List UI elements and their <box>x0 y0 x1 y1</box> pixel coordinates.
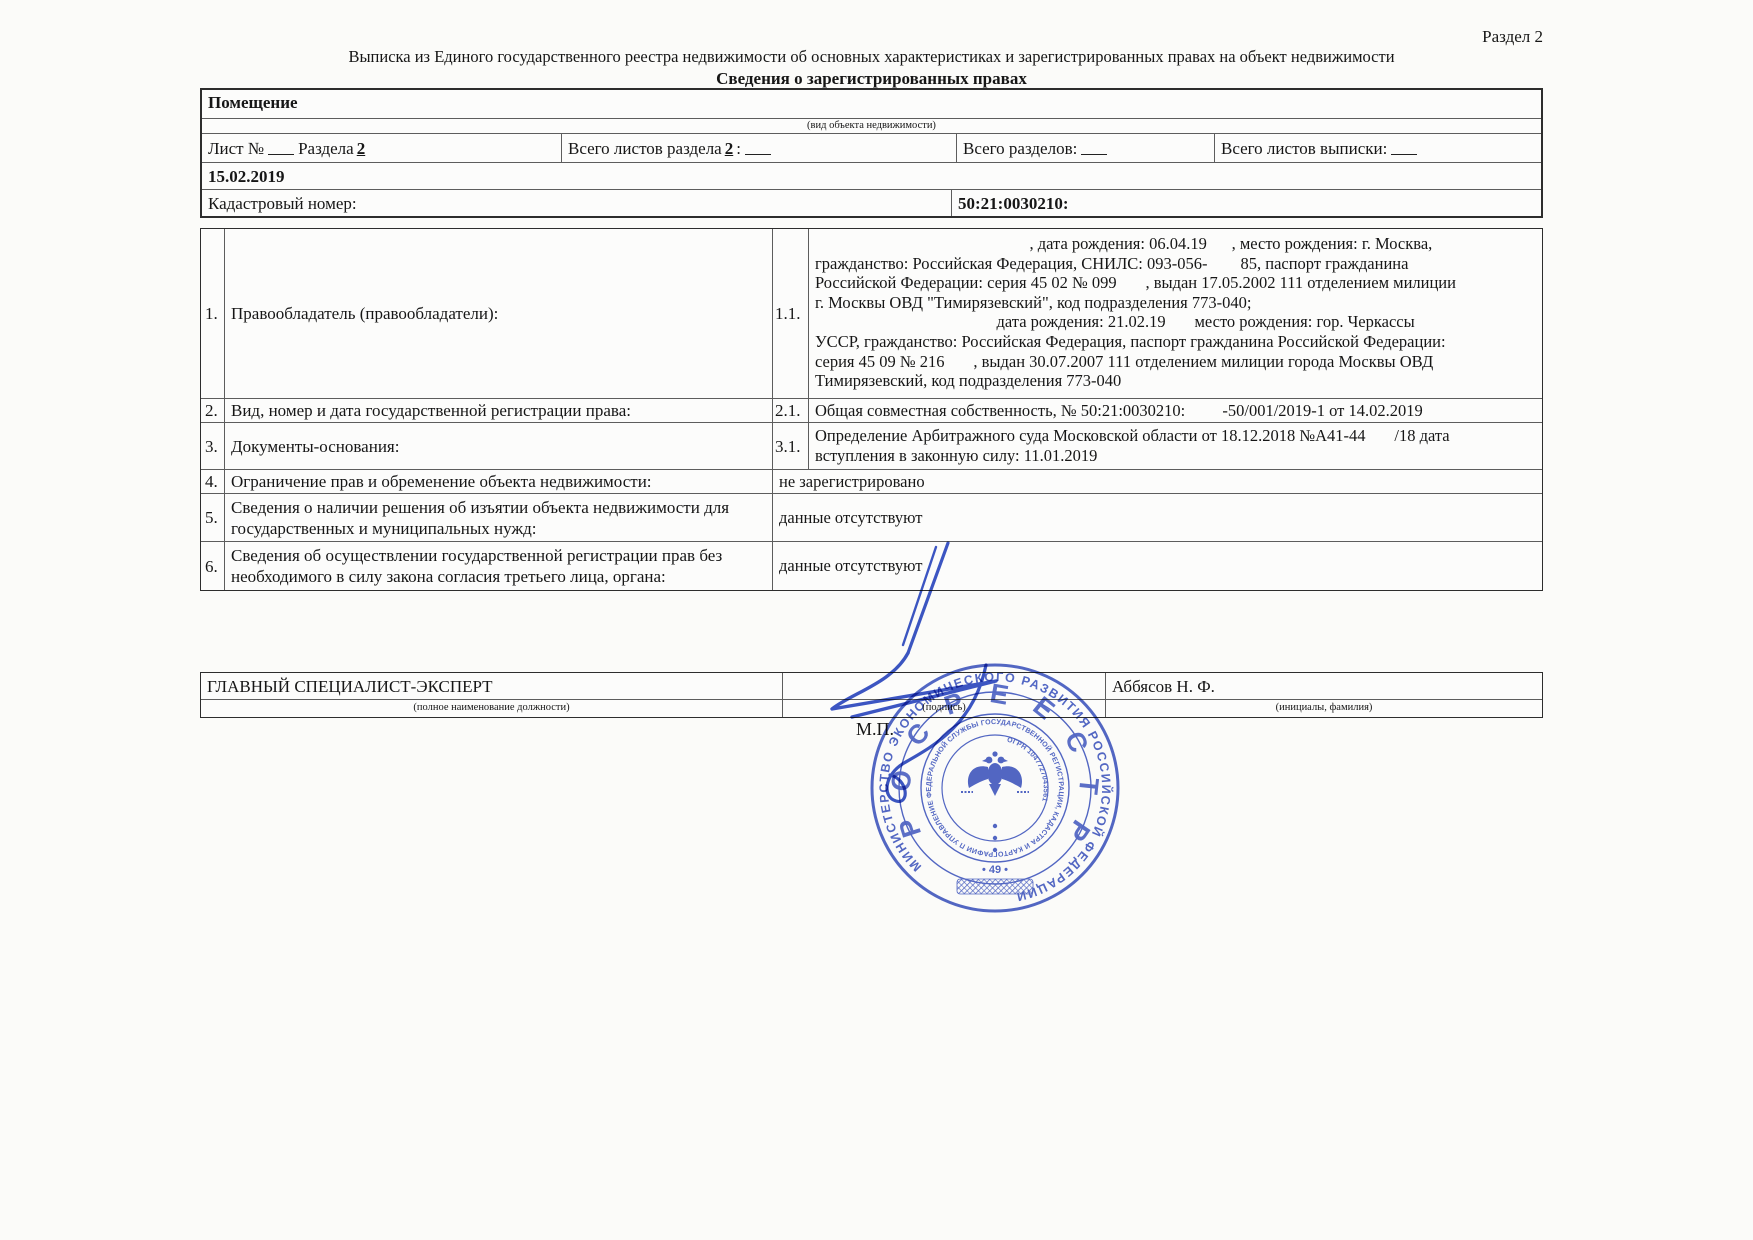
row-number: 2. <box>201 399 225 422</box>
eagle-emblem <box>961 751 1029 796</box>
section-sheets-label: Всего листов раздела <box>568 138 722 159</box>
row-value: Определение Арбитражного суда Московской… <box>809 423 1542 469</box>
row-value: данные отсутствуют <box>773 494 1542 541</box>
table-row: 2. Вид, номер и дата государственной рег… <box>201 399 1542 423</box>
signature-area <box>783 673 1106 699</box>
row-value: , дата рождения: 06.04.19 , место рожден… <box>809 229 1542 398</box>
row-number: 5. <box>201 494 225 541</box>
row-label: Правообладатель (правообладатели): <box>225 229 773 398</box>
table-row: 3. Документы-основания: 3.1. Определение… <box>201 423 1542 470</box>
signature-table: ГЛАВНЫЙ СПЕЦИАЛИСТ-ЭКСПЕРТ Аббясов Н. Ф.… <box>200 672 1543 718</box>
sheet-section-number: 2 <box>354 138 369 159</box>
row-value: не зарегистрировано <box>773 470 1542 493</box>
row-subnumber: 2.1. <box>773 399 809 422</box>
table-row: 1. Правообладатель (правообладатели): 1.… <box>201 229 1542 399</box>
row-subnumber: 1.1. <box>773 229 809 398</box>
cadastral-value: 50:21:0030210: <box>952 190 1541 216</box>
row-number: 6. <box>201 542 225 590</box>
row-label: Вид, номер и дата государственной регист… <box>225 399 773 422</box>
seal-place-label: М.П. <box>856 719 894 740</box>
row-value: Общая совместная собственность, № 50:21:… <box>809 399 1542 422</box>
rights-table: 1. Правообладатель (правообладатели): 1.… <box>200 228 1543 591</box>
blank-underline <box>745 141 771 155</box>
position-caption: (полное наименование должности) <box>201 700 783 717</box>
signer-name: Аббясов Н. Ф. <box>1106 673 1542 699</box>
table-row: 4. Ограничение прав и обременение объект… <box>201 470 1542 494</box>
section-sheets-number: 2 <box>722 138 737 159</box>
blank-underline <box>268 141 294 155</box>
row-number: 4. <box>201 470 225 493</box>
table-row: 5. Сведения о наличии решения об изъятии… <box>201 494 1542 542</box>
sheet-number-cell: Лист № Раздела 2 <box>202 134 562 162</box>
section-sheets-cell: Всего листов раздела 2 : <box>562 134 957 162</box>
document-title: Выписка из Единого государственного реес… <box>200 47 1543 67</box>
scanned-document-page: { "page": { "section_label": "Раздел 2",… <box>0 0 1753 1240</box>
total-sheets-cell: Всего листов выписки: <box>1215 134 1541 162</box>
document-subtitle: Сведения о зарегистрированных правах <box>200 69 1543 89</box>
stamp-dots <box>993 824 997 852</box>
svg-text:ОГРН 1047727043561: ОГРН 1047727043561 <box>994 736 1060 802</box>
name-caption: (инициалы, фамилия) <box>1106 700 1542 717</box>
stamp-ogrn-text: ОГРН 1047727043561 <box>994 736 1060 802</box>
row-label: Сведения о наличии решения об изъятии об… <box>225 494 773 541</box>
total-sections-cell: Всего разделов: <box>957 134 1215 162</box>
header-table: Помещение (вид объекта недвижимости) Лис… <box>200 88 1543 218</box>
sign-caption: (подпись) <box>783 700 1106 717</box>
total-sections-label: Всего разделов: <box>963 138 1077 159</box>
row-value: данные отсутствуют <box>773 542 1542 590</box>
object-type-caption: (вид объекта недвижимости) <box>202 119 1541 133</box>
row-number: 3. <box>201 423 225 469</box>
section-sheets-colon: : <box>736 138 741 159</box>
object-type: Помещение <box>202 90 1541 118</box>
blank-underline <box>1391 141 1417 155</box>
row-label: Документы-основания: <box>225 423 773 469</box>
total-sheets-label: Всего листов выписки: <box>1221 138 1387 159</box>
table-row: 6. Сведения об осуществлении государстве… <box>201 542 1542 590</box>
cadastral-label: Кадастровый номер: <box>202 190 952 216</box>
sheet-middle: Раздела <box>298 138 354 159</box>
signer-position: ГЛАВНЫЙ СПЕЦИАЛИСТ-ЭКСПЕРТ <box>201 673 783 699</box>
row-label: Сведения об осуществлении государственно… <box>225 542 773 590</box>
stamp-number: • 49 • <box>982 864 1008 876</box>
section-label: Раздел 2 <box>200 26 1549 47</box>
stamp-hatch-bar <box>957 879 1033 894</box>
row-label: Ограничение прав и обременение объекта н… <box>225 470 773 493</box>
extract-date: 15.02.2019 <box>202 163 1541 189</box>
row-subnumber: 3.1. <box>773 423 809 469</box>
row-number: 1. <box>201 229 225 398</box>
blank-underline <box>1081 141 1107 155</box>
sheet-prefix: Лист № <box>208 138 264 159</box>
